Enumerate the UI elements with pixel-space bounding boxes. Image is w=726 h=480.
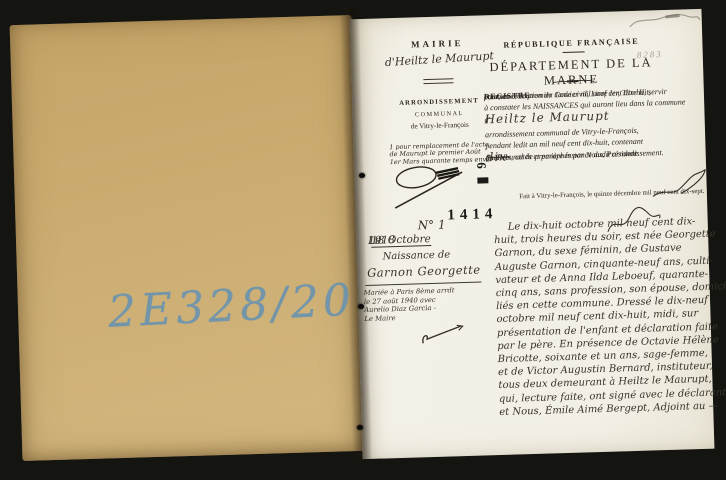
date-year: 1918	[368, 234, 395, 247]
president-signature	[650, 165, 709, 201]
mairie-heading: MAIRIE	[378, 37, 496, 50]
act-margin-title: Naissance de	[382, 249, 450, 262]
arrondissement-heading: ARRONDISSEMENT	[380, 97, 498, 107]
arrondissement-commune: de Vitry-le-François	[381, 120, 499, 131]
divider-rule	[563, 51, 585, 53]
communal-heading: COMMUNAL	[380, 109, 498, 119]
archive-call-number: 2E328/20	[107, 274, 356, 337]
register-cover: 2E328/20	[10, 15, 365, 461]
republique-heading: RÉPUBLIQUE FRANÇAISE	[480, 36, 662, 50]
signature-paraph	[390, 158, 476, 212]
ink-block	[477, 177, 488, 183]
sideways-stamp-numeral: 6	[473, 162, 489, 169]
birth-act-body: Le dix-huit octobre mil neuf cent dix- h…	[494, 215, 710, 419]
stitch-hole	[357, 425, 363, 430]
marriage-marginal-note: Mariée à Paris 8ème arrdt le 27 août 194…	[364, 285, 487, 323]
registre-paragraph: REGISTRE commencé le premier Janvier mil…	[484, 85, 702, 163]
pencil-scribble	[627, 10, 702, 32]
act-margin-name: Garnon Georgette	[367, 263, 481, 280]
divider-rule	[423, 78, 453, 84]
register-title-page: MAIRIE d'Heiltz le Maurupt ARRONDISSEMEN…	[350, 9, 715, 459]
mayor-paraph	[417, 322, 466, 349]
departement-heading: DÉPARTEMENT DE LA MARNE	[471, 55, 672, 91]
register-scan: 2E328/20 MAIRIE d'Heiltz le Maurupt ARRO…	[0, 0, 726, 480]
commune-insert-handwritten: Heiltz le Maurupt	[484, 110, 609, 125]
stitch-hole	[358, 304, 364, 309]
stamp-number: 1414	[447, 206, 497, 224]
stitch-hole	[359, 173, 365, 178]
pencil-folio-number: 8283	[637, 49, 663, 60]
act-number: N° 1	[417, 218, 445, 233]
